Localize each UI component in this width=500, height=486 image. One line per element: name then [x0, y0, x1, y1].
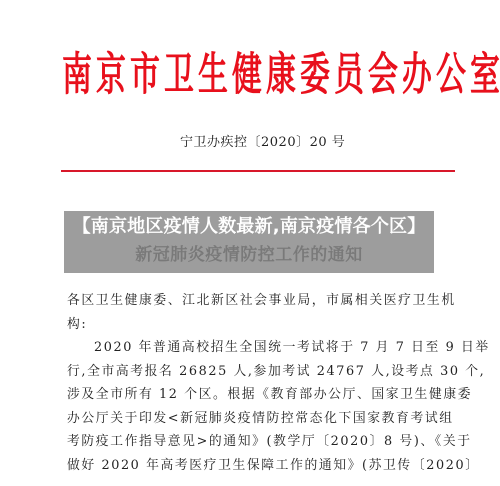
header-char: 室 [470, 53, 500, 98]
body-line: 2020 年普通高校招生全国统一考试将于 7 月 7 日至 9 日举 [67, 336, 447, 360]
header-char: 办 [402, 53, 432, 98]
body-line: 构: [67, 313, 447, 337]
red-divider-rule [61, 170, 455, 172]
header-char: 生 [198, 53, 228, 98]
body-line: 做好 2020 年高考医疗卫生保障工作的通知》(苏卫传〔2020〕 [67, 454, 447, 478]
header-char: 市 [130, 53, 160, 98]
body-line: 行,全市高考报名 26825 人,参加考试 24767 人,设考点 30 个, [67, 360, 447, 384]
header-char: 康 [266, 53, 296, 98]
document-body: 各区卫生健康委、江北新区社会事业局，市属相关医疗卫生机 构: 2020 年普通高… [67, 289, 447, 477]
header-char: 健 [232, 53, 262, 98]
document-page: 南 京 市 卫 生 健 康 委 员 会 办 公 室 文 件 宁卫办疾控〔2020… [0, 0, 500, 486]
body-line: 各区卫生健康委、江北新区社会事业局，市属相关医疗卫生机 [67, 289, 447, 313]
issuer-header: 南 京 市 卫 生 健 康 委 员 会 办 公 室 文 件 [60, 48, 454, 102]
header-char: 卫 [164, 53, 194, 98]
body-line: 考防疫工作指导意见>的通知》(教学厅〔2020〕8 号)、《关于 [67, 430, 447, 454]
header-char: 员 [334, 53, 364, 98]
header-char: 公 [436, 53, 466, 98]
body-line: 涉及全市所有 12 个区。根据《教育部办公厅、国家卫生健康委 [67, 383, 447, 407]
header-char: 京 [96, 53, 126, 98]
document-number: 宁卫办疾控〔2020〕20 号 [180, 131, 335, 150]
header-char: 委 [300, 53, 330, 98]
overlay-title: 【南京地区疫情人数最新,南京疫情各个区】 [64, 215, 434, 238]
body-line: 办公厅关于印发<新冠肺炎疫情防控常态化下国家教育考试组 [67, 407, 447, 431]
header-char: 南 [62, 53, 92, 98]
header-char: 会 [368, 53, 398, 98]
